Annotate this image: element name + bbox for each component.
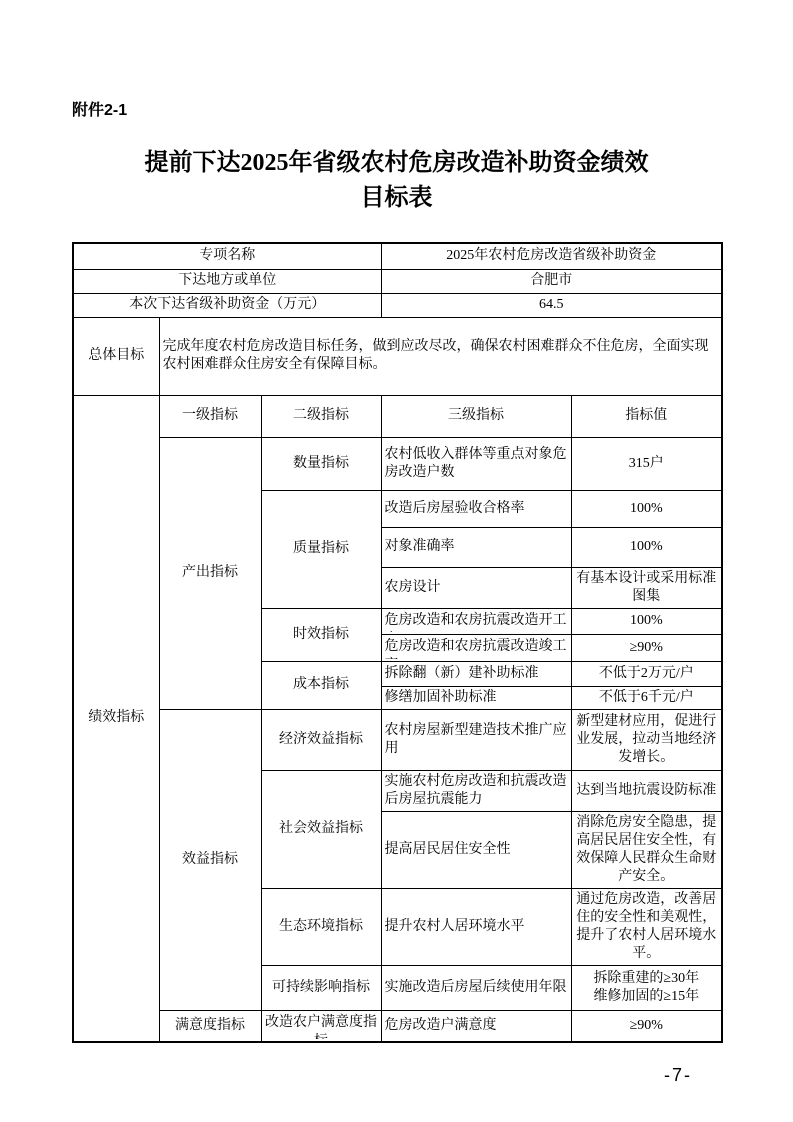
level2-indicator: 质量指标 (261, 490, 381, 608)
performance-section-label: 绩效指标 (73, 395, 159, 1042)
column-header-level2: 二级指标 (261, 395, 381, 437)
attachment-label: 附件2-1 (72, 100, 721, 122)
level3-indicator-text: 危房改造和农房抗震改造竣工率 (385, 637, 568, 659)
level1-indicator: 效益指标 (159, 709, 261, 1010)
indicator-value: ≥90% (571, 634, 722, 661)
indicator-value: 100% (571, 608, 722, 634)
page-title: 提前下达2025年省级农村危房改造补助资金绩效目标表 (72, 146, 721, 216)
indicator-row: 效益指标 经济效益指标 农村房屋新型建造技术推广应用 新型建材应用，促进行业发展… (73, 709, 722, 770)
indicator-value: ≥90% (571, 1010, 722, 1042)
indicator-value: 100% (571, 527, 722, 567)
level2-indicator: 成本指标 (261, 661, 381, 709)
column-header-level3: 三级指标 (381, 395, 571, 437)
indicator-value: 100% (571, 490, 722, 527)
indicator-row: 产出指标 数量指标 农村低收入群体等重点对象危房改造户数 315户 (73, 437, 722, 490)
level3-indicator-text: 危房改造和农房抗震改造开工率 (385, 611, 568, 632)
level2-indicator: 生态环境指标 (261, 888, 381, 965)
page-number: -7- (72, 1065, 721, 1086)
level2-indicator-text: 改造农户满意度指标 (265, 1013, 378, 1039)
info-label: 本次下达省级补助资金（万元） (73, 293, 381, 317)
indicator-header-row: 绩效指标 一级指标 二级指标 三级指标 指标值 (73, 395, 722, 437)
indicator-value: 315户 (571, 437, 722, 490)
level1-indicator: 产出指标 (159, 437, 261, 709)
info-row: 专项名称 2025年农村危房改造省级补助资金 (73, 243, 722, 269)
level1-indicator: 满意度指标 (159, 1010, 261, 1042)
page-title-line1: 提前下达2025年省级农村危房改造补助资金绩效 (145, 150, 649, 176)
level3-indicator: 提高居民居住安全性 (381, 811, 571, 888)
level3-indicator: 农房设计 (381, 567, 571, 608)
level2-indicator: 可持续影响指标 (261, 965, 381, 1010)
level3-indicator: 农村低收入群体等重点对象危房改造户数 (381, 437, 571, 490)
info-row: 本次下达省级补助资金（万元） 64.5 (73, 293, 722, 317)
level3-indicator: 危房改造和农房抗震改造竣工率 (381, 634, 571, 661)
level3-indicator: 实施农村危房改造和抗震改造后房屋抗震能力 (381, 770, 571, 811)
indicator-value: 达到当地抗震设防标准 (571, 770, 722, 811)
level2-indicator: 时效指标 (261, 608, 381, 661)
level3-indicator: 改造后房屋验收合格率 (381, 490, 571, 527)
document-page: 附件2-1 提前下达2025年省级农村危房改造补助资金绩效目标表 专项名称 20… (0, 0, 793, 1122)
indicator-value: 不低于6千元/户 (571, 686, 722, 709)
performance-target-table: 专项名称 2025年农村危房改造省级补助资金 下达地方或单位 合肥市 本次下达省… (72, 242, 723, 1043)
level3-indicator: 提升农村人居环境水平 (381, 888, 571, 965)
indicator-value: 拆除重建的≥30年 维修加固的≥15年 (571, 965, 722, 1010)
info-value: 2025年农村危房改造省级补助资金 (381, 243, 722, 269)
indicator-value: 消除危房安全隐患，提高居民居住安全性，有效保障人民群众生命财产安全。 (571, 811, 722, 888)
level3-indicator: 农村房屋新型建造技术推广应用 (381, 709, 571, 770)
level3-indicator: 修缮加固补助标准 (381, 686, 571, 709)
page-title-line2: 目标表 (361, 185, 433, 211)
level2-indicator: 社会效益指标 (261, 770, 381, 888)
level2-indicator: 数量指标 (261, 437, 381, 490)
info-value: 合肥市 (381, 269, 722, 293)
level3-indicator: 危房改造户满意度 (381, 1010, 571, 1042)
column-header-level1: 一级指标 (159, 395, 261, 437)
indicator-value: 新型建材应用，促进行业发展，拉动当地经济发增长。 (571, 709, 722, 770)
column-header-value: 指标值 (571, 395, 722, 437)
level3-indicator: 实施改造后房屋后续使用年限 (381, 965, 571, 1010)
level2-indicator: 改造农户满意度指标 (261, 1010, 381, 1042)
level3-indicator: 危房改造和农房抗震改造开工率 (381, 608, 571, 634)
level2-indicator: 经济效益指标 (261, 709, 381, 770)
overall-goal-row: 总体目标 完成年度农村危房改造目标任务，做到应改尽改，确保农村困难群众不住危房，… (73, 317, 722, 395)
indicator-value: 有基本设计或采用标准图集 (571, 567, 722, 608)
indicator-row: 满意度指标 改造农户满意度指标 危房改造户满意度 ≥90% (73, 1010, 722, 1042)
overall-goal-text: 完成年度农村危房改造目标任务，做到应改尽改，确保农村困难群众不住危房，全面实现农… (159, 317, 722, 395)
info-label: 专项名称 (73, 243, 381, 269)
overall-goal-label: 总体目标 (73, 317, 159, 395)
indicator-value: 通过危房改造，改善居住的安全性和美观性，提升了农村人居环境水平。 (571, 888, 722, 965)
indicator-value: 不低于2万元/户 (571, 661, 722, 686)
level3-indicator: 对象准确率 (381, 527, 571, 567)
info-row: 下达地方或单位 合肥市 (73, 269, 722, 293)
info-value: 64.5 (381, 293, 722, 317)
level3-indicator: 拆除翻（新）建补助标准 (381, 661, 571, 686)
info-label: 下达地方或单位 (73, 269, 381, 293)
